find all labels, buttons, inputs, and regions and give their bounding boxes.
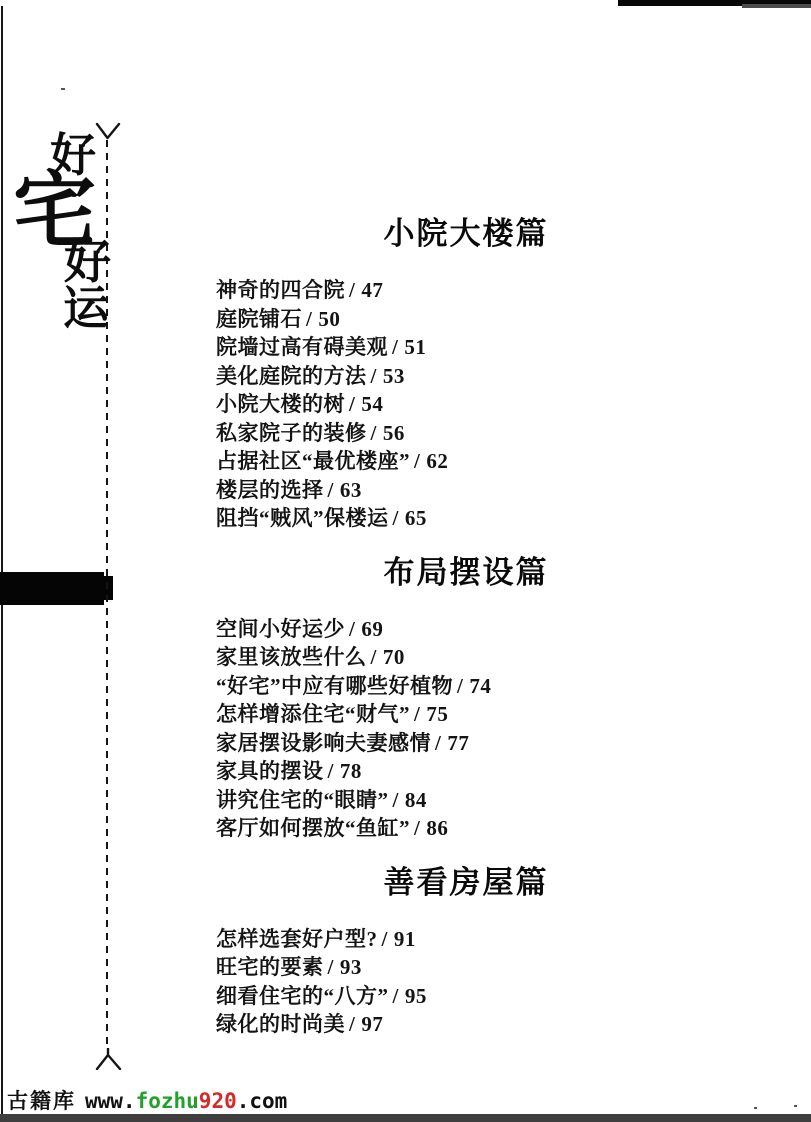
toc-item-label: 空间小好运少 <box>216 617 345 641</box>
scan-speck <box>61 88 65 90</box>
scanned-book-page: 好 宅 好 运 小院大楼篇神奇的四合院/47庭院铺石/50院墙过高有碍美观/51… <box>0 0 811 1122</box>
toc-item-label: 阻挡“贼风”保楼运 <box>216 506 389 530</box>
section-title: 善看房屋篇 <box>216 863 716 903</box>
book-title-char: 运 <box>63 286 109 332</box>
scan-bottom-dark-bar <box>0 1114 811 1122</box>
toc-item-label: 美化庭院的方法 <box>216 364 367 388</box>
toc-item: 旺宅的要素/93 <box>216 953 716 982</box>
scan-left-edge-line <box>1 6 3 1122</box>
toc-item-separator: / <box>389 984 405 1008</box>
toc-item-separator: / <box>345 617 361 641</box>
toc-item-label: 怎样增添住宅“财气” <box>216 702 410 726</box>
toc-item-label: “好宅”中应有哪些好植物 <box>216 674 453 698</box>
watermark-url-www: www. <box>85 1089 136 1113</box>
toc-item-page-number: 95 <box>405 984 427 1008</box>
toc-item-label: 细看住宅的“八方” <box>216 984 389 1008</box>
book-title-char: 好 <box>64 240 111 287</box>
toc-item-separator: / <box>389 788 405 812</box>
toc-item-separator: / <box>345 392 361 416</box>
toc-item-page-number: 54 <box>361 392 383 416</box>
toc-item-separator: / <box>345 1012 361 1036</box>
toc-item-label: 院墙过高有碍美观 <box>216 335 388 359</box>
toc-item: 绿化的时尚美/97 <box>216 1010 716 1039</box>
toc-item-page-number: 78 <box>340 759 362 783</box>
toc-item: 庭院铺石/50 <box>216 305 716 334</box>
toc-item-label: 家具的摆设 <box>216 759 324 783</box>
toc-item: 客厅如何摆放“鱼缸”/86 <box>216 814 716 843</box>
section-title: 小院大楼篇 <box>216 214 716 254</box>
toc-item-separator: / <box>389 506 405 530</box>
watermark-library-name: 古籍库 <box>7 1085 76 1115</box>
watermark-url: www.fozhu920.com <box>85 1089 287 1113</box>
toc-item-page-number: 69 <box>361 617 383 641</box>
toc-item: 楼层的选择/63 <box>216 476 716 505</box>
toc-item: 小院大楼的树/54 <box>216 390 716 419</box>
toc-item: 家里该放些什么/70 <box>216 643 716 672</box>
toc-item-label: 讲究住宅的“眼睛” <box>216 788 389 812</box>
toc-item-separator: / <box>431 731 447 755</box>
toc-item-label: 楼层的选择 <box>216 478 324 502</box>
toc-item-page-number: 77 <box>447 731 469 755</box>
toc-item: 阻挡“贼风”保楼运/65 <box>216 504 716 533</box>
toc-item: 讲究住宅的“眼睛”/84 <box>216 786 716 815</box>
toc-item-page-number: 56 <box>383 421 405 445</box>
toc-item-page-number: 70 <box>383 645 405 669</box>
toc-item: 私家院子的装修/56 <box>216 419 716 448</box>
toc-item-separator: / <box>388 335 404 359</box>
toc-item-label: 怎样选套好户型? <box>216 927 378 951</box>
toc-item-separator: / <box>367 364 383 388</box>
toc-item-separator: / <box>410 702 426 726</box>
scan-speck <box>794 1105 797 1107</box>
toc-item: 占据社区“最优楼座”/62 <box>216 447 716 476</box>
toc-item-separator: / <box>367 421 383 445</box>
toc-item-page-number: 84 <box>405 788 427 812</box>
toc-item-separator: / <box>324 759 340 783</box>
watermark: 古籍库 www.fozhu920.com <box>7 1085 287 1111</box>
section-title: 布局摆设篇 <box>216 553 716 593</box>
toc-item-separator: / <box>453 674 469 698</box>
toc-item-label: 小院大楼的树 <box>216 392 345 416</box>
toc-item-label: 家里该放些什么 <box>216 645 367 669</box>
toc-item: 怎样增添住宅“财气”/75 <box>216 700 716 729</box>
table-of-contents: 小院大楼篇神奇的四合院/47庭院铺石/50院墙过高有碍美观/51美化庭院的方法/… <box>216 214 716 1039</box>
scan-top-gray-streak <box>742 4 811 8</box>
toc-item-label: 占据社区“最优楼座” <box>216 449 410 473</box>
watermark-url-number: 920 <box>199 1089 237 1113</box>
toc-item-separator: / <box>324 955 340 979</box>
toc-item: 美化庭院的方法/53 <box>216 362 716 391</box>
scan-black-block <box>0 572 104 605</box>
toc-item: 家居摆设影响夫妻感情/77 <box>216 729 716 758</box>
toc-item-page-number: 86 <box>426 816 448 840</box>
toc-item-label: 神奇的四合院 <box>216 278 345 302</box>
toc-item: 神奇的四合院/47 <box>216 276 716 305</box>
toc-item: 怎样选套好户型?/91 <box>216 925 716 954</box>
watermark-url-tld: .com <box>237 1089 288 1113</box>
toc-item-label: 家居摆设影响夫妻感情 <box>216 731 431 755</box>
toc-item-label: 庭院铺石 <box>216 307 302 331</box>
toc-item-page-number: 74 <box>469 674 491 698</box>
toc-item-page-number: 97 <box>361 1012 383 1036</box>
toc-item-separator: / <box>378 927 394 951</box>
toc-item-label: 客厅如何摆放“鱼缸” <box>216 816 410 840</box>
toc-item: 家具的摆设/78 <box>216 757 716 786</box>
toc-item-label: 旺宅的要素 <box>216 955 324 979</box>
toc-item-page-number: 93 <box>340 955 362 979</box>
toc-item-separator: / <box>367 645 383 669</box>
toc-item: 院墙过高有碍美观/51 <box>216 333 716 362</box>
fork-arrow-bottom-icon <box>95 1048 123 1070</box>
toc-item-page-number: 91 <box>394 927 416 951</box>
scan-speck <box>754 1107 757 1109</box>
toc-item-page-number: 51 <box>404 335 426 359</box>
toc-item-page-number: 53 <box>383 364 405 388</box>
toc-item-page-number: 47 <box>361 278 383 302</box>
toc-item-page-number: 50 <box>318 307 340 331</box>
fork-arrow-top-icon <box>95 122 121 141</box>
watermark-url-domain: fozhu <box>136 1089 199 1113</box>
toc-item-page-number: 75 <box>426 702 448 726</box>
toc-item-label: 绿化的时尚美 <box>216 1012 345 1036</box>
toc-item-page-number: 65 <box>405 506 427 530</box>
toc-item: “好宅”中应有哪些好植物/74 <box>216 672 716 701</box>
toc-item-page-number: 63 <box>340 478 362 502</box>
toc-item-separator: / <box>345 278 361 302</box>
toc-item-separator: / <box>324 478 340 502</box>
toc-item-label: 私家院子的装修 <box>216 421 367 445</box>
toc-item-separator: / <box>410 816 426 840</box>
toc-item: 细看住宅的“八方”/95 <box>216 982 716 1011</box>
toc-item-separator: / <box>410 449 426 473</box>
toc-item: 空间小好运少/69 <box>216 615 716 644</box>
toc-item-page-number: 62 <box>426 449 448 473</box>
toc-item-separator: / <box>302 307 318 331</box>
